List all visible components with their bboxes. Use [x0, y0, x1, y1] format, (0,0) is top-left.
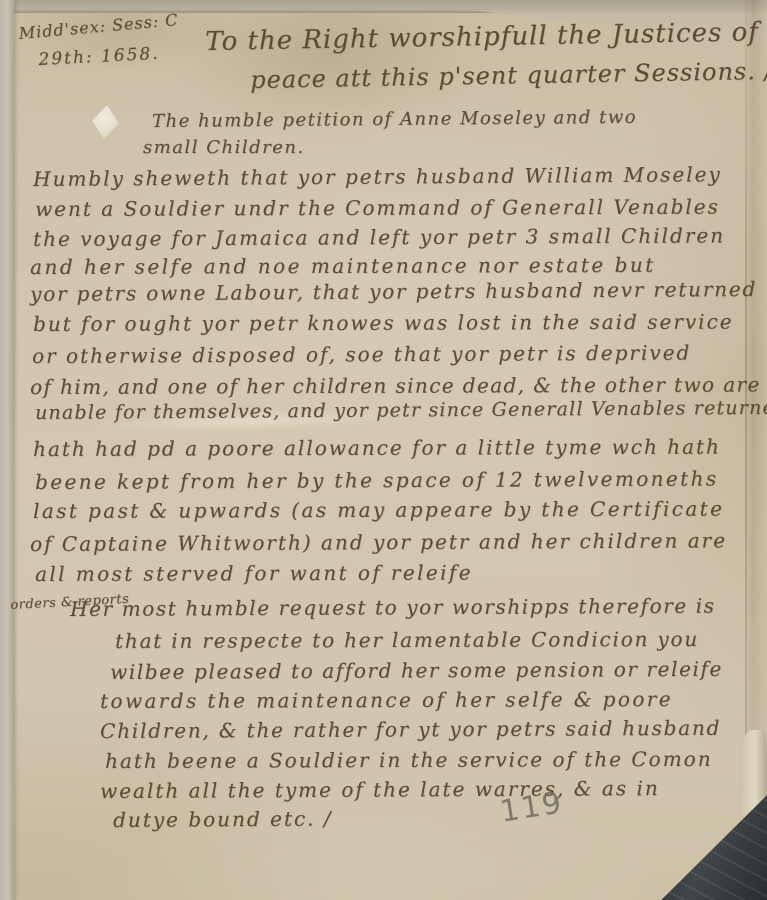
prayer-line: dutye bound etc. / [113, 806, 333, 832]
body-line: all most sterved for want of releife [35, 560, 473, 586]
body-line: of Captaine Whitworth) and yor petr and … [30, 528, 727, 556]
body-line: hath had pd a poore allowance for a litt… [33, 435, 721, 461]
manuscript-scan: Midd'sex: Sess: C 29th: 1658. To the Rig… [0, 0, 767, 900]
prayer-line: towards the maintenance of her selfe & p… [100, 687, 673, 713]
petition-subheading-line-1: The humble petition of Anne Moseley and … [152, 107, 637, 132]
body-line: yor petrs owne Labour, that yor petrs hu… [30, 277, 757, 306]
prayer-line: Children, & the rather for yt yor petrs … [100, 716, 721, 743]
body-line: the voyage for Jamaica and left yor petr… [33, 223, 725, 251]
body-line: beene kept from her by the space of 12 t… [35, 466, 719, 494]
prayer-line: that in respecte to her lamentable Condi… [115, 627, 699, 653]
prayer-line: Her most humble request to yor worshipps… [70, 594, 716, 621]
body-line: of him, and one of her children since de… [30, 372, 761, 399]
prayer-line: wealth all the tyme of the late warres, … [100, 776, 660, 803]
body-line: but for ought yor petr knowes was lost i… [33, 310, 734, 336]
prayer-line: wilbee pleased to afford her some pensio… [110, 657, 723, 684]
body-line: or otherwise disposed of, soe that yor p… [32, 341, 691, 368]
body-line: and her selfe and noe maintenance nor es… [30, 253, 656, 279]
body-line: last past & upwards (as may appeare by t… [33, 497, 724, 523]
petition-subheading-line-2: small Children. [143, 137, 305, 158]
body-line: went a Souldier undr the Command of Gene… [35, 195, 720, 221]
adjacent-page-edge-left [0, 0, 14, 900]
body-line: Humbly sheweth that yor petrs husband Wi… [33, 162, 722, 191]
prayer-line: hath beene a Souldier in the service of … [105, 747, 713, 773]
